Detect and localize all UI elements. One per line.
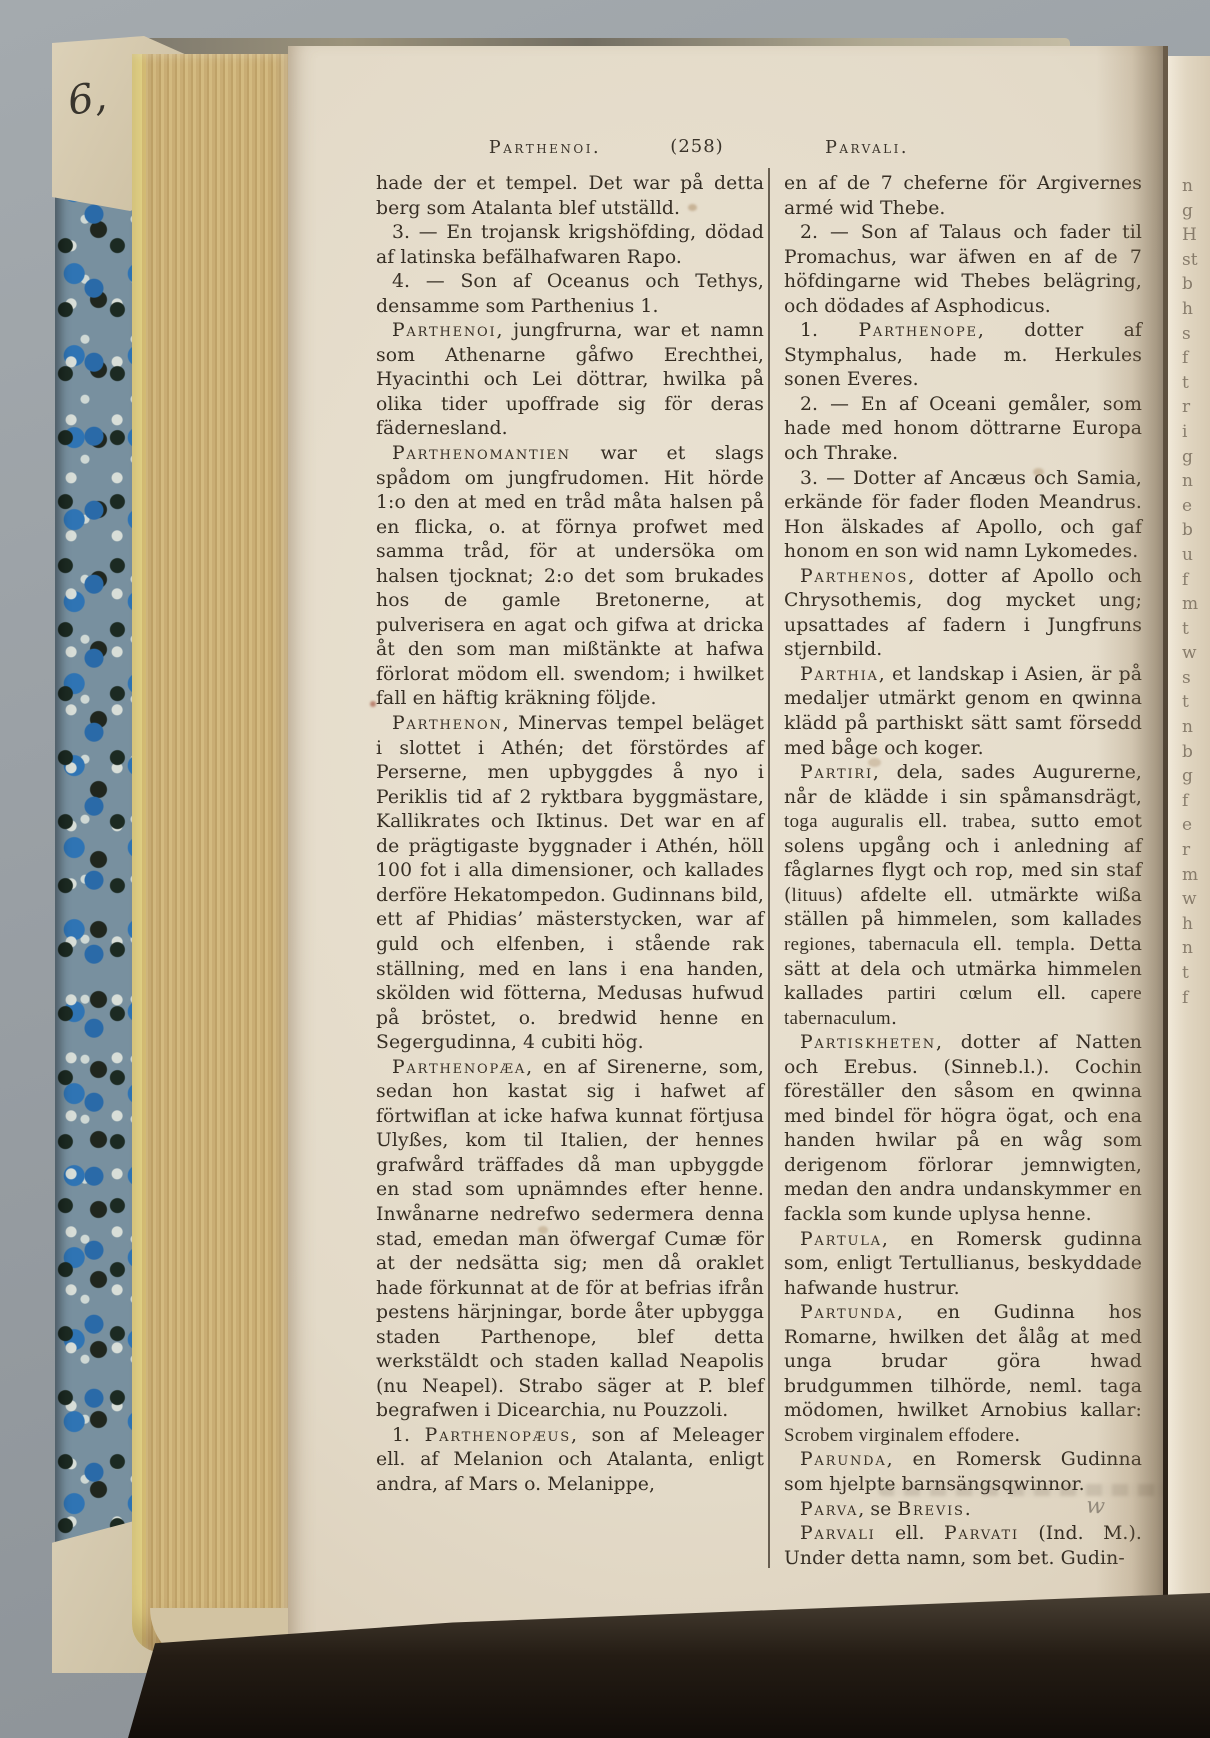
- entry-paragraph: Parthenos, dotter af Apollo och Chrysoth…: [784, 565, 1142, 663]
- next-page-letter-fragment: b: [1182, 272, 1210, 297]
- next-page-letter-fragment: i: [1182, 420, 1210, 445]
- entry-paragraph: 1. Parthenope, dotter af Stymphalus, had…: [784, 319, 1142, 393]
- text-run: en af de 7 cheferne för Argivernes armé …: [784, 173, 1142, 219]
- book-scan: 6, Parthenoi. (258) Parvali. hade der et…: [0, 0, 1210, 1738]
- entry-headword: Parthia: [800, 664, 879, 685]
- next-page-letter-fragment: u: [1182, 543, 1210, 568]
- text-run: 1.: [800, 320, 858, 341]
- next-page-letter-fragment: g: [1182, 445, 1210, 470]
- entry-headword: Parthenopæa: [392, 1057, 526, 1078]
- entry-paragraph: 2. — Son af Talaus och fader til Promach…: [784, 221, 1142, 319]
- open-page: Parthenoi. (258) Parvali. hade der et te…: [288, 46, 1168, 1658]
- entry-headword: Parthenopæus: [425, 1425, 571, 1446]
- next-page-letter-fragment: w: [1182, 887, 1210, 912]
- text-run: war et slags spådom om jungfrudomen. Hit…: [376, 443, 764, 709]
- text-run: 2. — Son af Talaus och fader til Promach…: [784, 222, 1142, 317]
- text-run: .: [965, 1499, 971, 1520]
- entry-headword: Parvati: [944, 1523, 1019, 1544]
- foxing-spot: [688, 204, 697, 211]
- next-page-letter-fragment: e: [1182, 813, 1210, 838]
- text-run: lituus: [791, 885, 835, 906]
- entry-headword: Partiri: [800, 762, 873, 783]
- entry-headword: Parthenomantien: [392, 443, 571, 464]
- next-page-letter-fragment: b: [1182, 518, 1210, 543]
- text-run: .: [891, 1008, 897, 1029]
- page-number: (258): [670, 136, 723, 157]
- next-page-letter-fragment: n: [1182, 715, 1210, 740]
- next-page-letter-fragment: s: [1182, 666, 1210, 691]
- text-run: , Minervas tempel beläget i slottet i At…: [376, 713, 764, 1053]
- entry-paragraph: Parthenopæa, en af Sirenerne, som, sedan…: [376, 1056, 764, 1424]
- entry-headword: Partiskheten: [800, 1032, 936, 1053]
- entry-headword: Parthenoi: [392, 320, 496, 341]
- entry-paragraph: Partunda, en Gudinna hos Romarne, hwilke…: [784, 1301, 1142, 1448]
- column-right: en af de 7 cheferne för Argivernes armé …: [784, 172, 1142, 1571]
- text-run: ell.: [904, 811, 962, 832]
- text-run: 2. — En af Oceani gemåler, som hade med …: [784, 394, 1142, 464]
- entry-paragraph: Parthenomantien war et slags spådom om j…: [376, 442, 764, 712]
- next-page-letter-fragment: m: [1182, 592, 1210, 617]
- next-page-letter-fragment: r: [1182, 838, 1210, 863]
- text-run: templa: [1016, 934, 1070, 955]
- next-page-letter-fragment: f: [1182, 789, 1210, 814]
- text-run: hade der et tempel. Det war på detta ber…: [376, 173, 764, 219]
- next-page-letter-fragment: m: [1182, 863, 1210, 888]
- entry-paragraph: Partula, en Romersk gudinna som, enligt …: [784, 1228, 1142, 1302]
- next-page-letter-fragment: f: [1182, 986, 1210, 1011]
- next-page-edge: ngHstbhsftrignebufmtwstnbgfermwhntf: [1168, 56, 1210, 1636]
- next-page-letter-fragment: s: [1182, 322, 1210, 347]
- entry-paragraph: Parthenon, Minervas tempel beläget i slo…: [376, 712, 764, 1056]
- next-page-fragments: ngHstbhsftrignebufmtwstnbgfermwhntf: [1168, 56, 1210, 1010]
- entry-paragraph: 3. — En trojansk krigshöfding, dödad af …: [376, 221, 764, 270]
- text-run: toga auguralis: [784, 811, 904, 832]
- next-page-letter-fragment: e: [1182, 494, 1210, 519]
- foxing-spot: [538, 1226, 548, 1234]
- column-divider-rule: [768, 168, 770, 1568]
- entry-headword: Parthenope: [858, 320, 977, 341]
- text-run: trabea: [962, 811, 1010, 832]
- entry-headword: Parthenos: [800, 566, 908, 587]
- entry-paragraph: 3. — Dotter af Ancæus och Samia, erkände…: [784, 467, 1142, 565]
- entry-paragraph: 1. Parthenopæus, son af Meleager ell. af…: [376, 1424, 764, 1498]
- entry-headword: Partunda: [800, 1302, 897, 1323]
- gutter-shadow: [1096, 46, 1168, 1658]
- next-page-letter-fragment: n: [1182, 174, 1210, 199]
- next-page-letter-fragment: b: [1182, 740, 1210, 765]
- next-page-letter-fragment: st: [1182, 248, 1210, 273]
- next-page-letter-fragment: g: [1182, 764, 1210, 789]
- next-page-letter-fragment: f: [1182, 346, 1210, 371]
- entry-paragraph: Parvali ell. Parvati (Ind. M.). Under de…: [784, 1522, 1142, 1571]
- text-run: 4. — Son af Oceanus och Tethys, densamme…: [376, 271, 764, 317]
- foxing-spot: [868, 758, 881, 767]
- entry-headword: Partula: [800, 1229, 882, 1250]
- entry-paragraph: Partiskheten, dotter af Natten och Erebu…: [784, 1031, 1142, 1227]
- running-head-left: Parthenoi.: [489, 138, 601, 158]
- next-page-letter-fragment: f: [1182, 568, 1210, 593]
- entry-headword: Parvali: [800, 1523, 876, 1544]
- next-page-letter-fragment: t: [1182, 961, 1210, 986]
- text-run: 3. — Dotter af Ancæus och Samia, erkände…: [784, 468, 1142, 563]
- entry-paragraph: 2. — En af Oceani gemåler, som hade med …: [784, 393, 1142, 467]
- text-run: 3. — En trojansk krigshöfding, dödad af …: [376, 222, 764, 268]
- text-run: ell.: [959, 934, 1016, 955]
- entry-headword: Brevis: [897, 1499, 964, 1520]
- text-run: , dotter af Natten och Erebus. (Sinneb.l…: [784, 1032, 1142, 1225]
- entry-headword: Parva: [800, 1499, 858, 1520]
- next-page-letter-fragment: w: [1182, 641, 1210, 666]
- text-run: regiones, tabernacula: [784, 934, 959, 955]
- entry-headword: Parunda: [800, 1449, 887, 1470]
- next-page-letter-fragment: n: [1182, 469, 1210, 494]
- next-page-letter-fragment: h: [1182, 912, 1210, 937]
- text-run: 1.: [392, 1425, 425, 1446]
- next-page-letter-fragment: g: [1182, 199, 1210, 224]
- entry-paragraph: Partiri, dela, sades Augurerne, når de k…: [784, 761, 1142, 1031]
- running-head-right: Parvali.: [825, 138, 909, 158]
- entry-paragraph: Parthia, et landskap i Asien, är på meda…: [784, 663, 1142, 761]
- text-run: , en af Sirenerne, som, sedan hon kastat…: [376, 1057, 764, 1422]
- next-page-letter-fragment: h: [1182, 297, 1210, 322]
- entry-paragraph: Parthenoi, jungfrurna, war et namn som A…: [376, 319, 764, 442]
- entry-paragraph: en af de 7 cheferne för Argivernes armé …: [784, 172, 1142, 221]
- text-run: ell.: [1013, 983, 1091, 1004]
- text-run: ell.: [876, 1523, 944, 1544]
- next-page-letter-fragment: t: [1182, 690, 1210, 715]
- marbled-cover-edge: [55, 44, 141, 1646]
- entry-headword: Parthenon: [392, 713, 503, 734]
- foxing-spot: [370, 701, 376, 707]
- text-run: Scrobem virginalem effodere: [784, 1425, 1014, 1446]
- entry-paragraph: hade der et tempel. Det war på detta ber…: [376, 172, 764, 221]
- text-run: .: [1014, 1425, 1020, 1446]
- text-run: , se: [858, 1499, 897, 1520]
- text-run: ) afdelte ell. utmärkte wißa ställen på …: [784, 885, 1142, 931]
- next-page-letter-fragment: n: [1182, 936, 1210, 961]
- entry-paragraph: 4. — Son af Oceanus och Tethys, densamme…: [376, 270, 764, 319]
- page-stack-fore-edge: [132, 54, 292, 1652]
- next-page-letter-fragment: t: [1182, 371, 1210, 396]
- foxing-spot: [1033, 468, 1044, 476]
- cover-handwriting: 6,: [65, 73, 110, 124]
- next-page-letter-fragment: r: [1182, 395, 1210, 420]
- next-page-letter-fragment: H: [1182, 223, 1210, 248]
- next-page-letter-fragment: t: [1182, 617, 1210, 642]
- text-run: partiri cœlum: [888, 983, 1013, 1004]
- column-left: hade der et tempel. Det war på detta ber…: [376, 172, 764, 1498]
